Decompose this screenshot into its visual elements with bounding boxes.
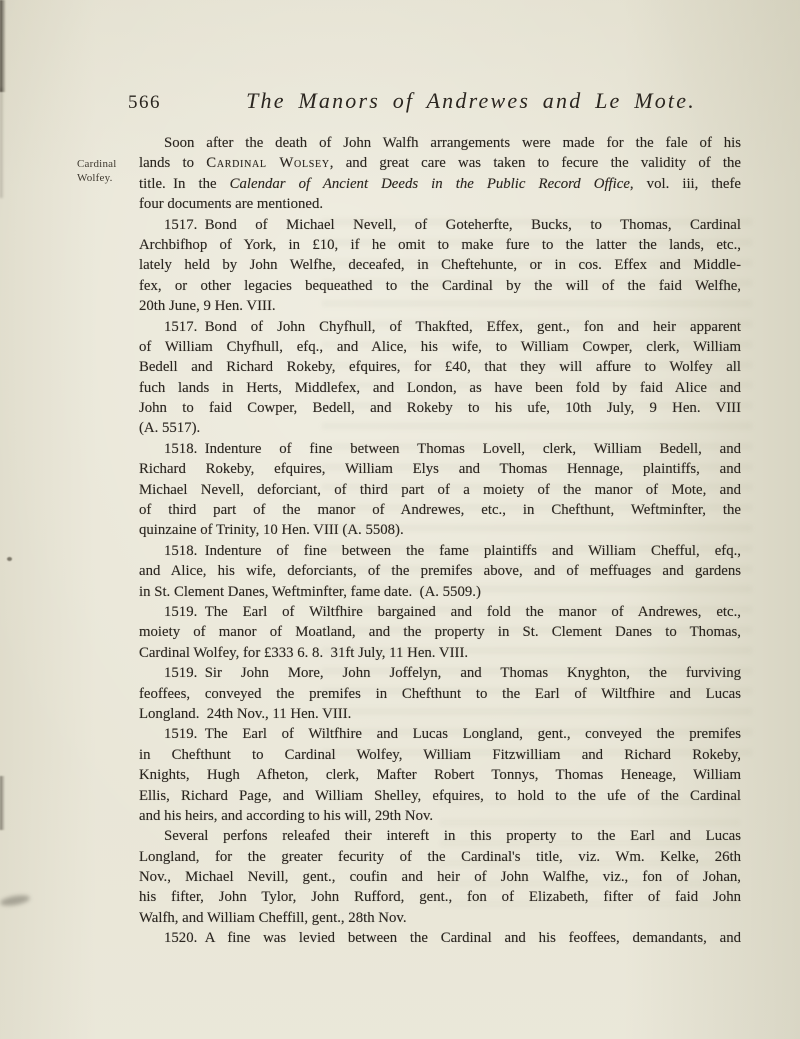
- text-segment: Several perfons releafed their intereft …: [164, 828, 741, 844]
- text-segment: title. In the: [139, 176, 230, 192]
- page-number: 566: [128, 92, 161, 114]
- text-segment: , vol. iii, thefe: [630, 176, 741, 192]
- paragraph: 1518. Indenture of fine between Thomas L…: [139, 439, 741, 541]
- text-line: Bedell and Richard Rokeby, efquires, for…: [139, 357, 741, 377]
- text-segment: his fifter, John Tylor, John Rufford, ge…: [139, 889, 741, 905]
- text-line: feoffees, conveyed the premifes in Cheft…: [139, 684, 741, 704]
- smallcaps-text: Cardinal Wolsey: [206, 155, 330, 171]
- text-segment: and his heirs, and according to his will…: [139, 808, 433, 824]
- scan-speck: [7, 557, 12, 561]
- text-segment: Archbifhop of York, in £10, if he omit t…: [139, 237, 741, 253]
- text-line: fex, or other legacies bequeathed to the…: [139, 276, 741, 296]
- text-line: of third part of the manor of Andrewes, …: [139, 500, 741, 520]
- text-segment: moiety of manor of Moatland, and the pro…: [139, 624, 741, 640]
- text-segment: , and great care was taken to fecure the…: [330, 155, 741, 171]
- paragraph: 1517. Bond of John Chyfhull, of Thakfted…: [139, 317, 741, 439]
- book-page-scan: 566 The Manors of Andrewes and Le Mote. …: [0, 0, 800, 1039]
- paragraph: 1519. Sir John More, John Joffelyn, and …: [139, 663, 741, 724]
- text-segment: 1518. Indenture of fine between the fame…: [164, 543, 741, 559]
- text-line: 1517. Bond of John Chyfhull, of Thakfted…: [139, 317, 741, 337]
- text-segment: Longland. 24th Nov., 11 Hen. VIII.: [139, 706, 351, 722]
- sidenote-line: Wolfey.: [77, 171, 129, 185]
- text-line: Knights, Hugh Afheton, clerk, Mafter Rob…: [139, 765, 741, 785]
- text-line: and Alice, his wife, deforciants, of the…: [139, 561, 741, 581]
- text-segment: Michael Nevell, deforciant, of third par…: [139, 482, 741, 498]
- text-line: John to faid Cowper, Bedell, and Rokeby …: [139, 398, 741, 418]
- text-segment: in St. Clement Danes, Weftminfter, fame …: [139, 584, 481, 600]
- text-segment: Knights, Hugh Afheton, clerk, Mafter Rob…: [139, 767, 741, 783]
- text-line: 1520. A fine was levied between the Card…: [139, 928, 741, 948]
- text-segment: Soon after the death of John Walfh arran…: [164, 135, 741, 151]
- text-line: fuch lands in Herts, Middlefex, and Lond…: [139, 378, 741, 398]
- text-line: Soon after the death of John Walfh arran…: [139, 133, 741, 153]
- text-line: four documents are mentioned.: [139, 194, 741, 214]
- page-edge-shadow-fade: [0, 88, 4, 198]
- text-segment: quinzaine of Trinity, 10 Hen. VIII (A. 5…: [139, 522, 404, 538]
- text-segment: Richard Rokeby, efquires, William Elys a…: [139, 461, 741, 477]
- text-line: Michael Nevell, deforciant, of third par…: [139, 480, 741, 500]
- text-line: 1519. The Earl of Wiltfhire bargained an…: [139, 602, 741, 622]
- text-segment: lands to: [139, 155, 206, 171]
- text-segment: fuch lands in Herts, Middlefex, and Lond…: [139, 380, 741, 396]
- text-segment: (A. 5517).: [139, 420, 200, 436]
- text-line: 1519. The Earl of Wiltfhire and Lucas Lo…: [139, 724, 741, 744]
- text-segment: John to faid Cowper, Bedell, and Rokeby …: [139, 400, 741, 416]
- paragraph: 1517. Bond of Michael Nevell, of Goteher…: [139, 215, 741, 317]
- running-title: The Manors of Andrewes and Le Mote.: [170, 88, 772, 114]
- text-line: and his heirs, and according to his will…: [139, 806, 741, 826]
- text-line: Archbifhop of York, in £10, if he omit t…: [139, 235, 741, 255]
- text-segment: 1519. Sir John More, John Joffelyn, and …: [164, 665, 741, 681]
- text-segment: 1519. The Earl of Wiltfhire bargained an…: [164, 604, 741, 620]
- text-line: of William Chyfhull, efq., and Alice, hi…: [139, 337, 741, 357]
- paragraph: 1519. The Earl of Wiltfhire and Lucas Lo…: [139, 724, 741, 826]
- italic-text: Calendar of Ancient Deeds in the Public …: [230, 176, 630, 192]
- text-segment: Cardinal Wolfey, for £333 6. 8. 31ft Jul…: [139, 645, 468, 661]
- text-segment: four documents are mentioned.: [139, 196, 323, 212]
- text-segment: Nov., Michael Nevill, gent., coufin and …: [139, 869, 741, 885]
- text-segment: 1517. Bond of John Chyfhull, of Thakfted…: [164, 319, 741, 335]
- text-line: (A. 5517).: [139, 418, 741, 438]
- margin-sidenote: Cardinal Wolfey.: [77, 157, 129, 185]
- text-segment: Walfh, and William Cheffill, gent., 28th…: [139, 910, 407, 926]
- text-segment: 1518. Indenture of fine between Thomas L…: [164, 441, 741, 457]
- text-segment: and Alice, his wife, deforciants, of the…: [139, 563, 741, 579]
- text-segment: fex, or other legacies bequeathed to the…: [139, 278, 741, 294]
- text-line: Ellis, Richard Page, and William Shelley…: [139, 786, 741, 806]
- text-line: Longland. 24th Nov., 11 Hen. VIII.: [139, 704, 741, 724]
- text-segment: 1517. Bond of Michael Nevell, of Goteher…: [164, 217, 741, 233]
- text-segment: Bedell and Richard Rokeby, efquires, for…: [139, 359, 741, 375]
- text-segment: Ellis, Richard Page, and William Shelley…: [139, 788, 741, 804]
- text-line: Walfh, and William Cheffill, gent., 28th…: [139, 908, 741, 928]
- text-segment: of William Chyfhull, efq., and Alice, hi…: [139, 339, 741, 355]
- paragraph: 1520. A fine was levied between the Card…: [139, 928, 741, 948]
- page-body: Soon after the death of John Walfh arran…: [139, 133, 741, 949]
- text-line: his fifter, John Tylor, John Rufford, ge…: [139, 887, 741, 907]
- text-segment: lately held by John Welfhe, deceafed, in…: [139, 257, 741, 273]
- page-edge-shadow-top: [0, 0, 6, 92]
- text-segment: Longland, for the greater fecurity of th…: [139, 849, 741, 865]
- paragraph: 1519. The Earl of Wiltfhire bargained an…: [139, 602, 741, 663]
- text-line: in St. Clement Danes, Weftminfter, fame …: [139, 582, 741, 602]
- text-line: Longland, for the greater fecurity of th…: [139, 847, 741, 867]
- text-line: Nov., Michael Nevill, gent., coufin and …: [139, 867, 741, 887]
- paragraph: Soon after the death of John Walfh arran…: [139, 133, 741, 215]
- text-segment: 1520. A fine was levied between the Card…: [164, 930, 741, 946]
- text-line: 1518. Indenture of fine between the fame…: [139, 541, 741, 561]
- text-segment: in Chefthunt to Cardinal Wolfey, William…: [139, 747, 741, 763]
- text-line: 20th June, 9 Hen. VIII.: [139, 296, 741, 316]
- text-line: Cardinal Wolfey, for £333 6. 8. 31ft Jul…: [139, 643, 741, 663]
- text-line: lands to Cardinal Wolsey, and great care…: [139, 153, 741, 173]
- text-line: 1518. Indenture of fine between Thomas L…: [139, 439, 741, 459]
- text-line: quinzaine of Trinity, 10 Hen. VIII (A. 5…: [139, 520, 741, 540]
- text-segment: feoffees, conveyed the premifes in Cheft…: [139, 686, 741, 702]
- paragraph: Several perfons releafed their intereft …: [139, 826, 741, 928]
- page-edge-shadow-mid: [0, 776, 5, 830]
- sidenote-line: Cardinal: [77, 157, 129, 171]
- text-line: Several perfons releafed their intereft …: [139, 826, 741, 846]
- text-line: 1517. Bond of Michael Nevell, of Goteher…: [139, 215, 741, 235]
- text-line: title. In the Calendar of Ancient Deeds …: [139, 174, 741, 194]
- scan-smudge: [0, 893, 31, 907]
- paragraph: 1518. Indenture of fine between the fame…: [139, 541, 741, 602]
- text-line: moiety of manor of Moatland, and the pro…: [139, 622, 741, 642]
- text-segment: 1519. The Earl of Wiltfhire and Lucas Lo…: [164, 726, 741, 742]
- text-segment: 20th June, 9 Hen. VIII.: [139, 298, 276, 314]
- text-line: in Chefthunt to Cardinal Wolfey, William…: [139, 745, 741, 765]
- text-line: 1519. Sir John More, John Joffelyn, and …: [139, 663, 741, 683]
- text-segment: of third part of the manor of Andrewes, …: [139, 502, 741, 518]
- text-line: Richard Rokeby, efquires, William Elys a…: [139, 459, 741, 479]
- text-line: lately held by John Welfhe, deceafed, in…: [139, 255, 741, 275]
